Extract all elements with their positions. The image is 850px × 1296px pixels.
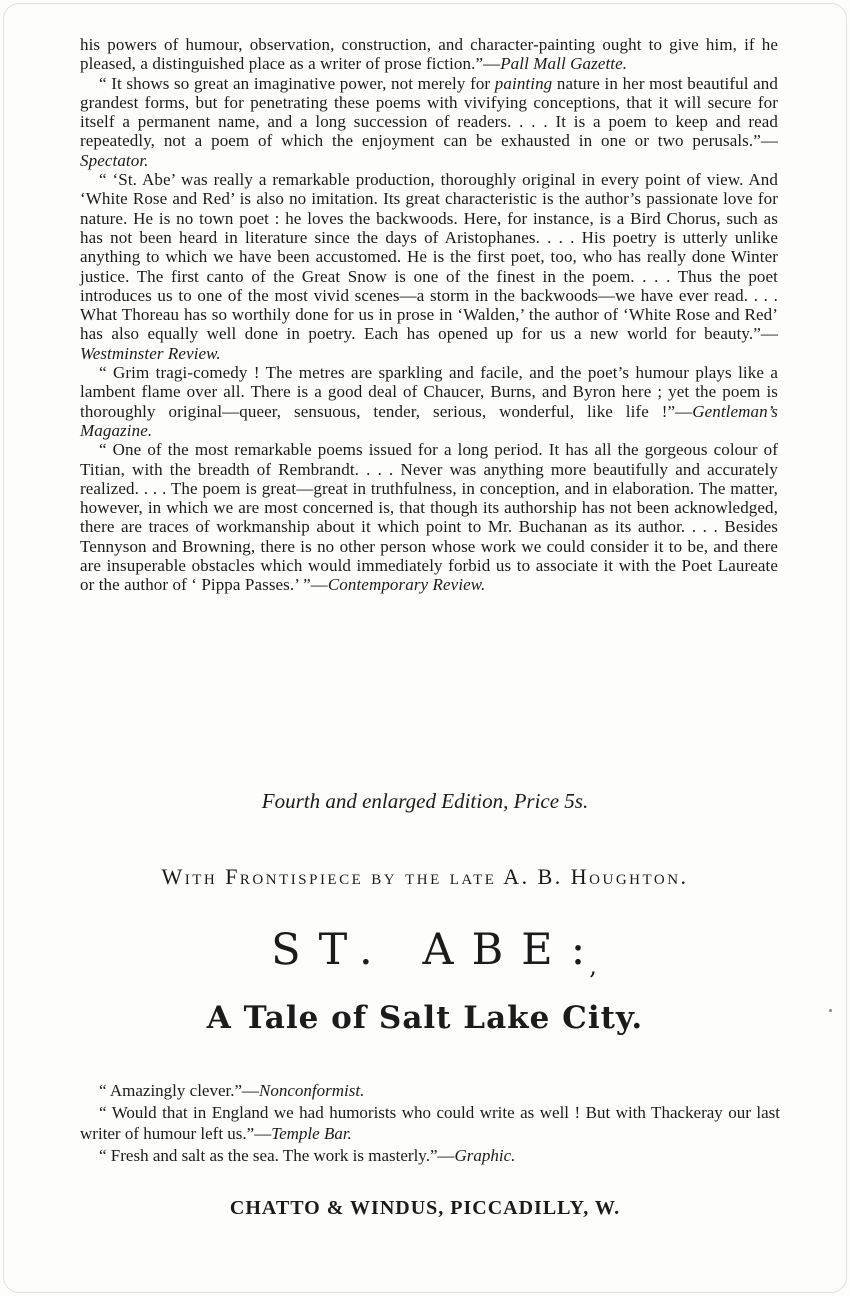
review-paragraph: “ Grim tragi-comedy ! The metres are spa… [80, 363, 778, 440]
review-text: his powers of humour, observation, const… [80, 35, 778, 73]
review-text: “ ‘St. Abe’ was really a remarkable prod… [80, 170, 778, 343]
book-subtitle: A Tale of Salt Lake City. [0, 1000, 850, 1036]
short-review-paragraph: “ Fresh and salt as the sea. The work is… [80, 1145, 780, 1167]
publisher-imprint: CHATTO & WINDUS, PICCADILLY, W. [0, 1197, 850, 1220]
journal-name: Nonconformist. [259, 1081, 364, 1100]
review-text: “ Would that in England we had humorists… [80, 1103, 780, 1144]
short-reviews-block: “ Amazingly clever.”—Nonconformist.“ Wou… [80, 1080, 780, 1166]
review-text: “ Fresh and salt as the sea. The work is… [99, 1146, 455, 1165]
edition-price-line: Fourth and enlarged Edition, Price 5s. [0, 789, 850, 814]
book-title: ST. ABE:, [0, 925, 850, 980]
print-artifact-comma: , [589, 952, 597, 980]
frontispiece-credit-line: With Frontispiece by the late A. B. Houg… [0, 864, 850, 890]
journal-name: Pall Mall Gazette. [500, 54, 627, 73]
review-paragraph: “ It shows so great an imaginative power… [80, 74, 778, 170]
press-reviews-block: his powers of humour, observation, const… [80, 35, 778, 595]
scanned-book-page: { "colors": { "ink": "#1b1b1b", "paper":… [0, 0, 850, 1296]
journal-name: Temple Bar. [271, 1124, 352, 1143]
review-text: “ One of the most remarkable poems issue… [80, 440, 778, 594]
short-review-paragraph: “ Would that in England we had humorists… [80, 1102, 780, 1145]
review-paragraph: his powers of humour, observation, const… [80, 35, 778, 74]
review-paragraph: “ ‘St. Abe’ was really a remarkable prod… [80, 170, 778, 363]
review-text: “ It shows so great an imaginative power… [99, 74, 495, 93]
journal-name: painting [495, 74, 552, 93]
review-text: “ Grim tragi-comedy ! The metres are spa… [80, 363, 778, 421]
scan-speck [829, 1009, 832, 1012]
short-review-paragraph: “ Amazingly clever.”—Nonconformist. [80, 1080, 780, 1102]
review-text: “ Amazingly clever.”— [99, 1081, 259, 1100]
journal-name: Westminster Review. [80, 344, 221, 363]
journal-name: Contemporary Review. [328, 575, 485, 594]
review-paragraph: “ One of the most remarkable poems issue… [80, 440, 778, 594]
journal-name: Spectator. [80, 151, 149, 170]
journal-name: Graphic. [455, 1146, 516, 1165]
book-title-text: ST. ABE: [271, 925, 603, 975]
